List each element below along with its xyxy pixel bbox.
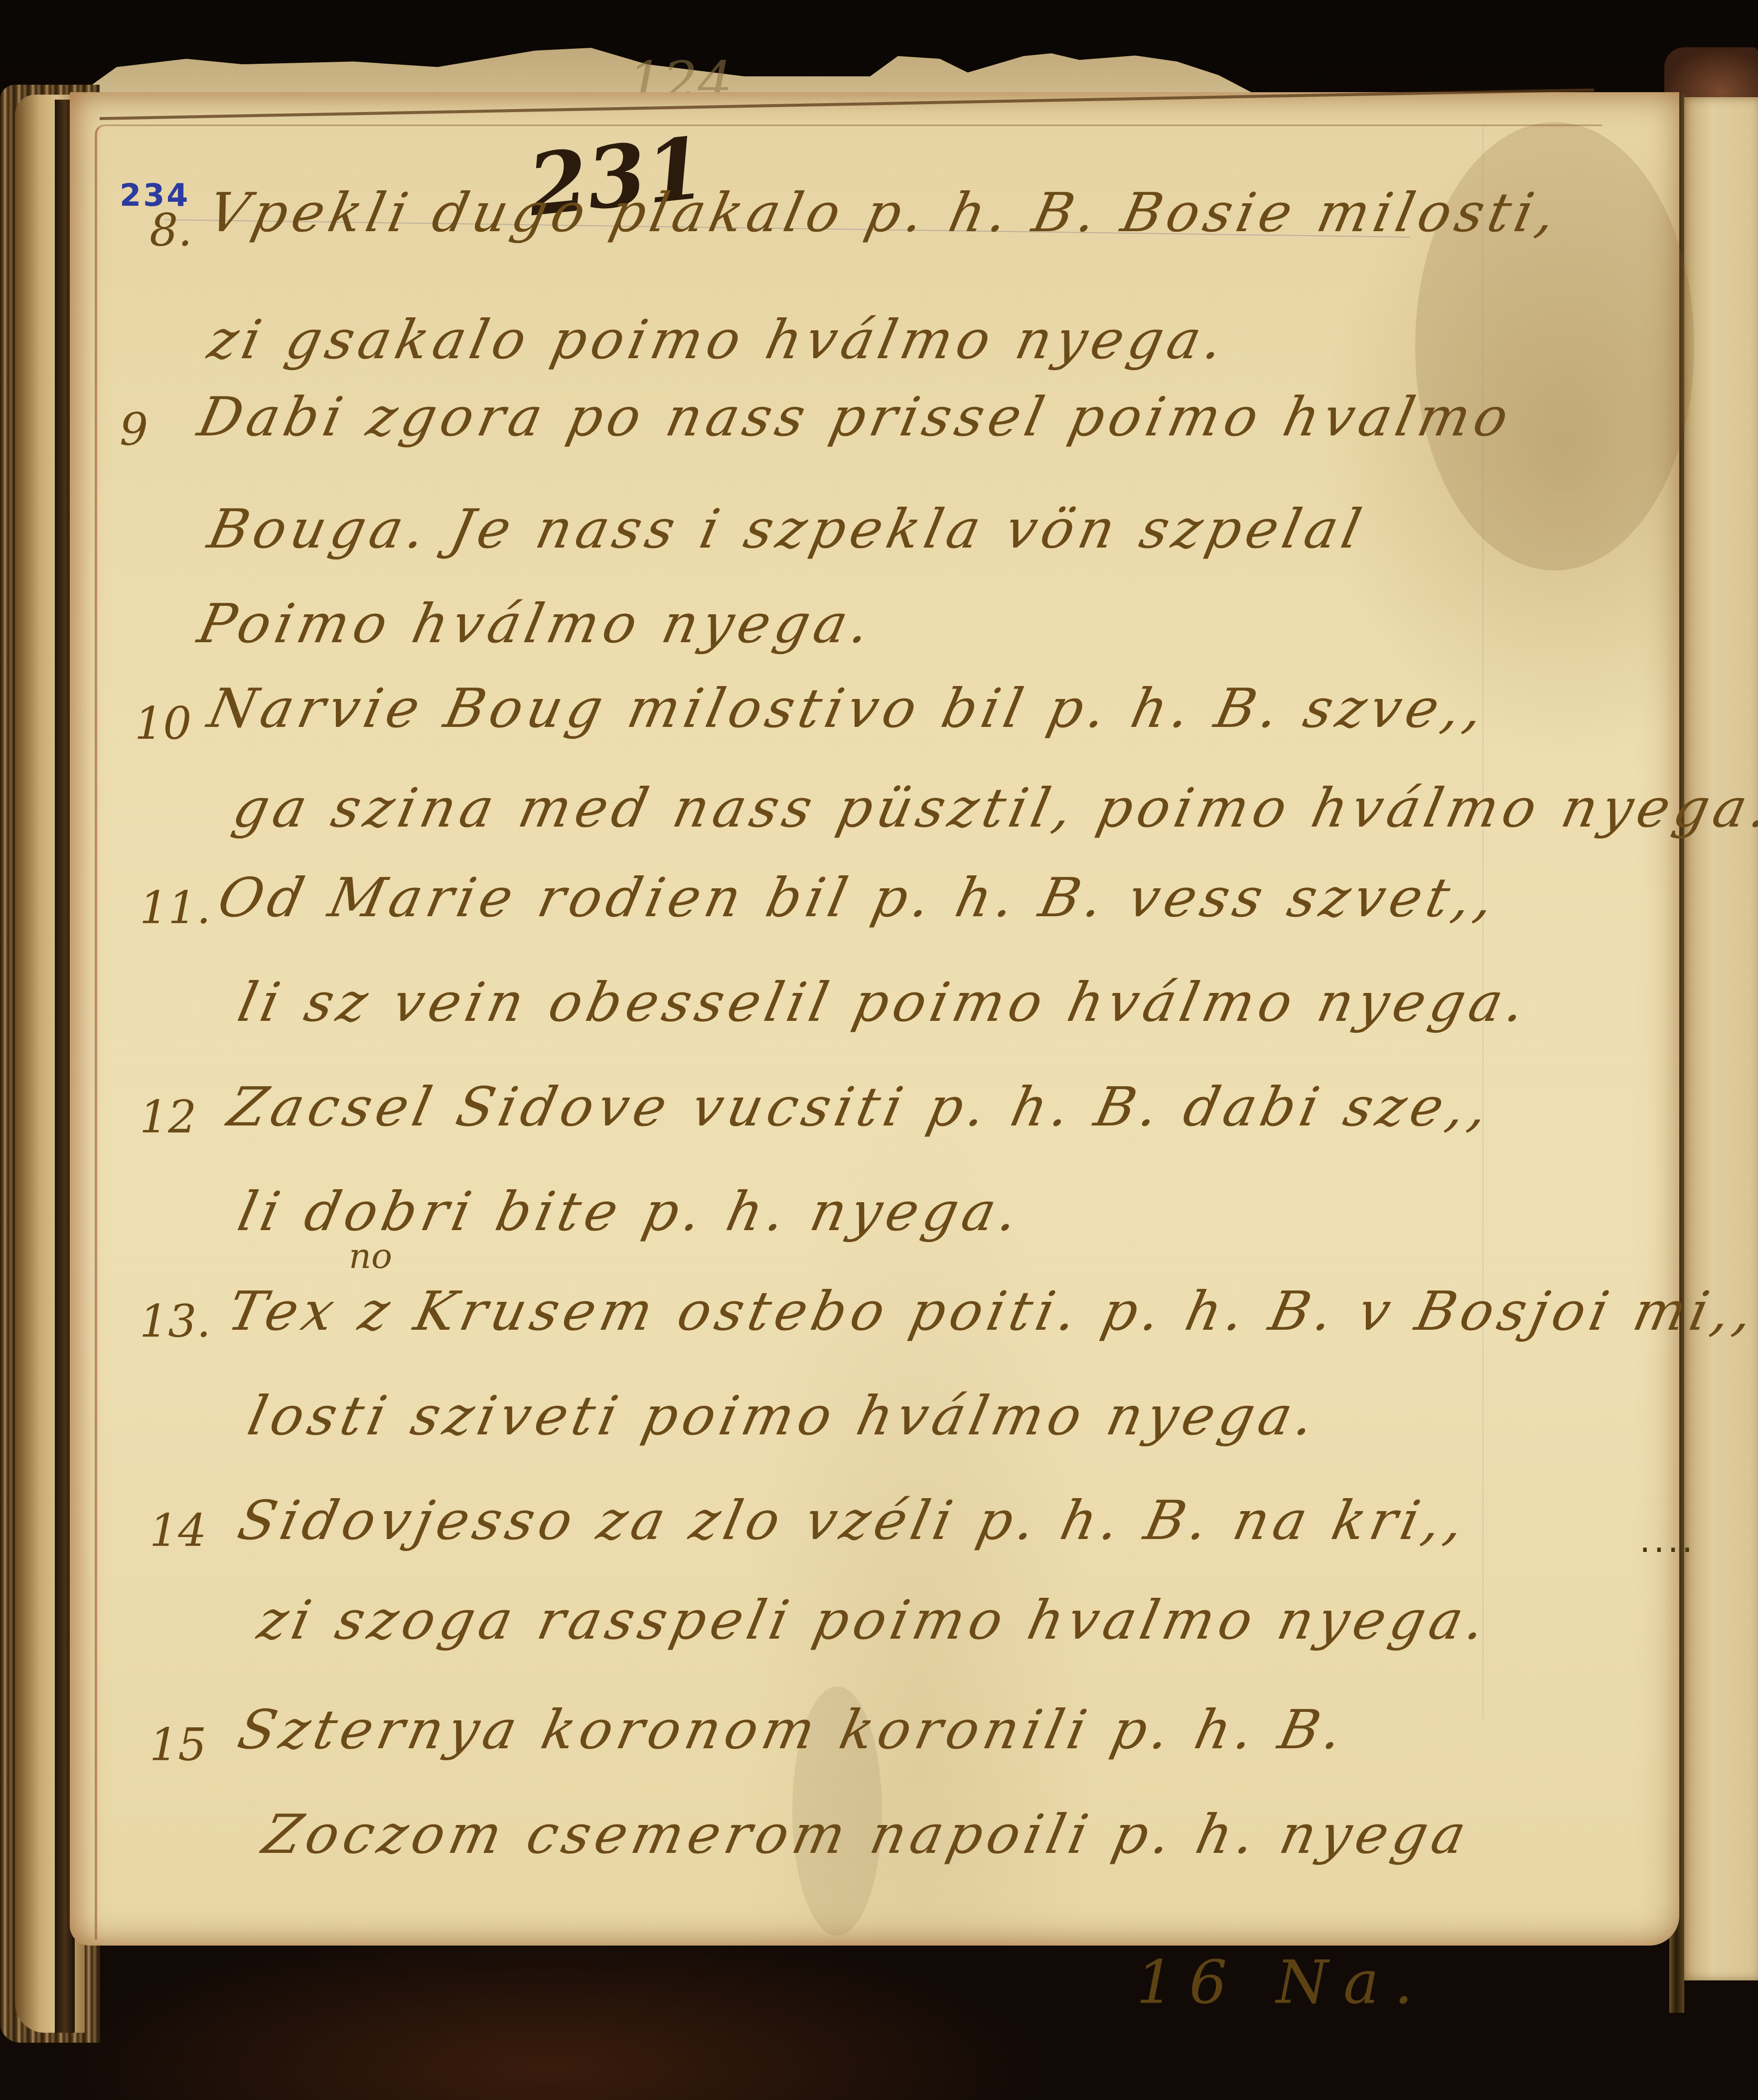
verse-line: losti sziveti poimo hválmo nyega. — [243, 1385, 1325, 1447]
verse-number: 10 — [135, 698, 192, 750]
verse-line: li sz vein obesselil poimo hválmo nyega. — [233, 972, 1536, 1034]
verse-line: Szternya koronom koronili p. h. B. — [233, 1699, 1353, 1761]
margin-dots: .... — [1639, 1520, 1696, 1560]
verse-number: 11. — [140, 882, 211, 934]
verse-line: Zoczom csemerom napoili p. h. nyega — [258, 1804, 1476, 1866]
verse-line: Sidovjesso za zlo vzéli p. h. B. na kri,… — [233, 1490, 1474, 1552]
verse-line: Narvie Boug milostivo bil p. h. B. szve,… — [203, 678, 1494, 740]
verse-line: Od Marie rodien bil p. h. B. vess szvet,… — [213, 867, 1504, 929]
verse-number: 14 — [149, 1505, 207, 1557]
verse-number: 12 — [140, 1091, 197, 1143]
verse-number: 8. — [149, 204, 192, 257]
verse-line: ga szina med nass püsztil, poimo hválmo … — [228, 777, 1758, 840]
verse-line: Vpekli dugo plakalo p. h. B. Bosie milos… — [203, 182, 1566, 244]
verse-line: Zacsel Sidove vucsiti p. h. B. dabi sze,… — [223, 1076, 1498, 1138]
verse-line: Dabi zgora po nass prissel poimo hvalmo — [193, 386, 1519, 448]
facing-page-edge — [1682, 97, 1758, 1980]
interlinear-insertion: no — [349, 1236, 392, 1276]
verse-line: li dobri bite p. h. nyega. — [233, 1181, 1028, 1243]
verse-line: zi gsakalo poimo hválmo nyega. — [203, 309, 1234, 371]
verse-number: 13. — [140, 1295, 211, 1348]
verse-line: Tex z Krusem ostebo poiti. p. h. B. v Bo… — [223, 1280, 1758, 1343]
verse-line: Bouga. Je nass i szpekla vön szpelal — [203, 498, 1371, 560]
verse-number: 15 — [149, 1719, 207, 1771]
catchword: 16 Na. — [1136, 1948, 1428, 2017]
verse-line: zi szoga rasspeli poimo hvalmo nyega. — [253, 1589, 1496, 1652]
verse-number: 9 — [120, 404, 148, 456]
verse-line: Poimo hválmo nyega. — [193, 593, 880, 655]
